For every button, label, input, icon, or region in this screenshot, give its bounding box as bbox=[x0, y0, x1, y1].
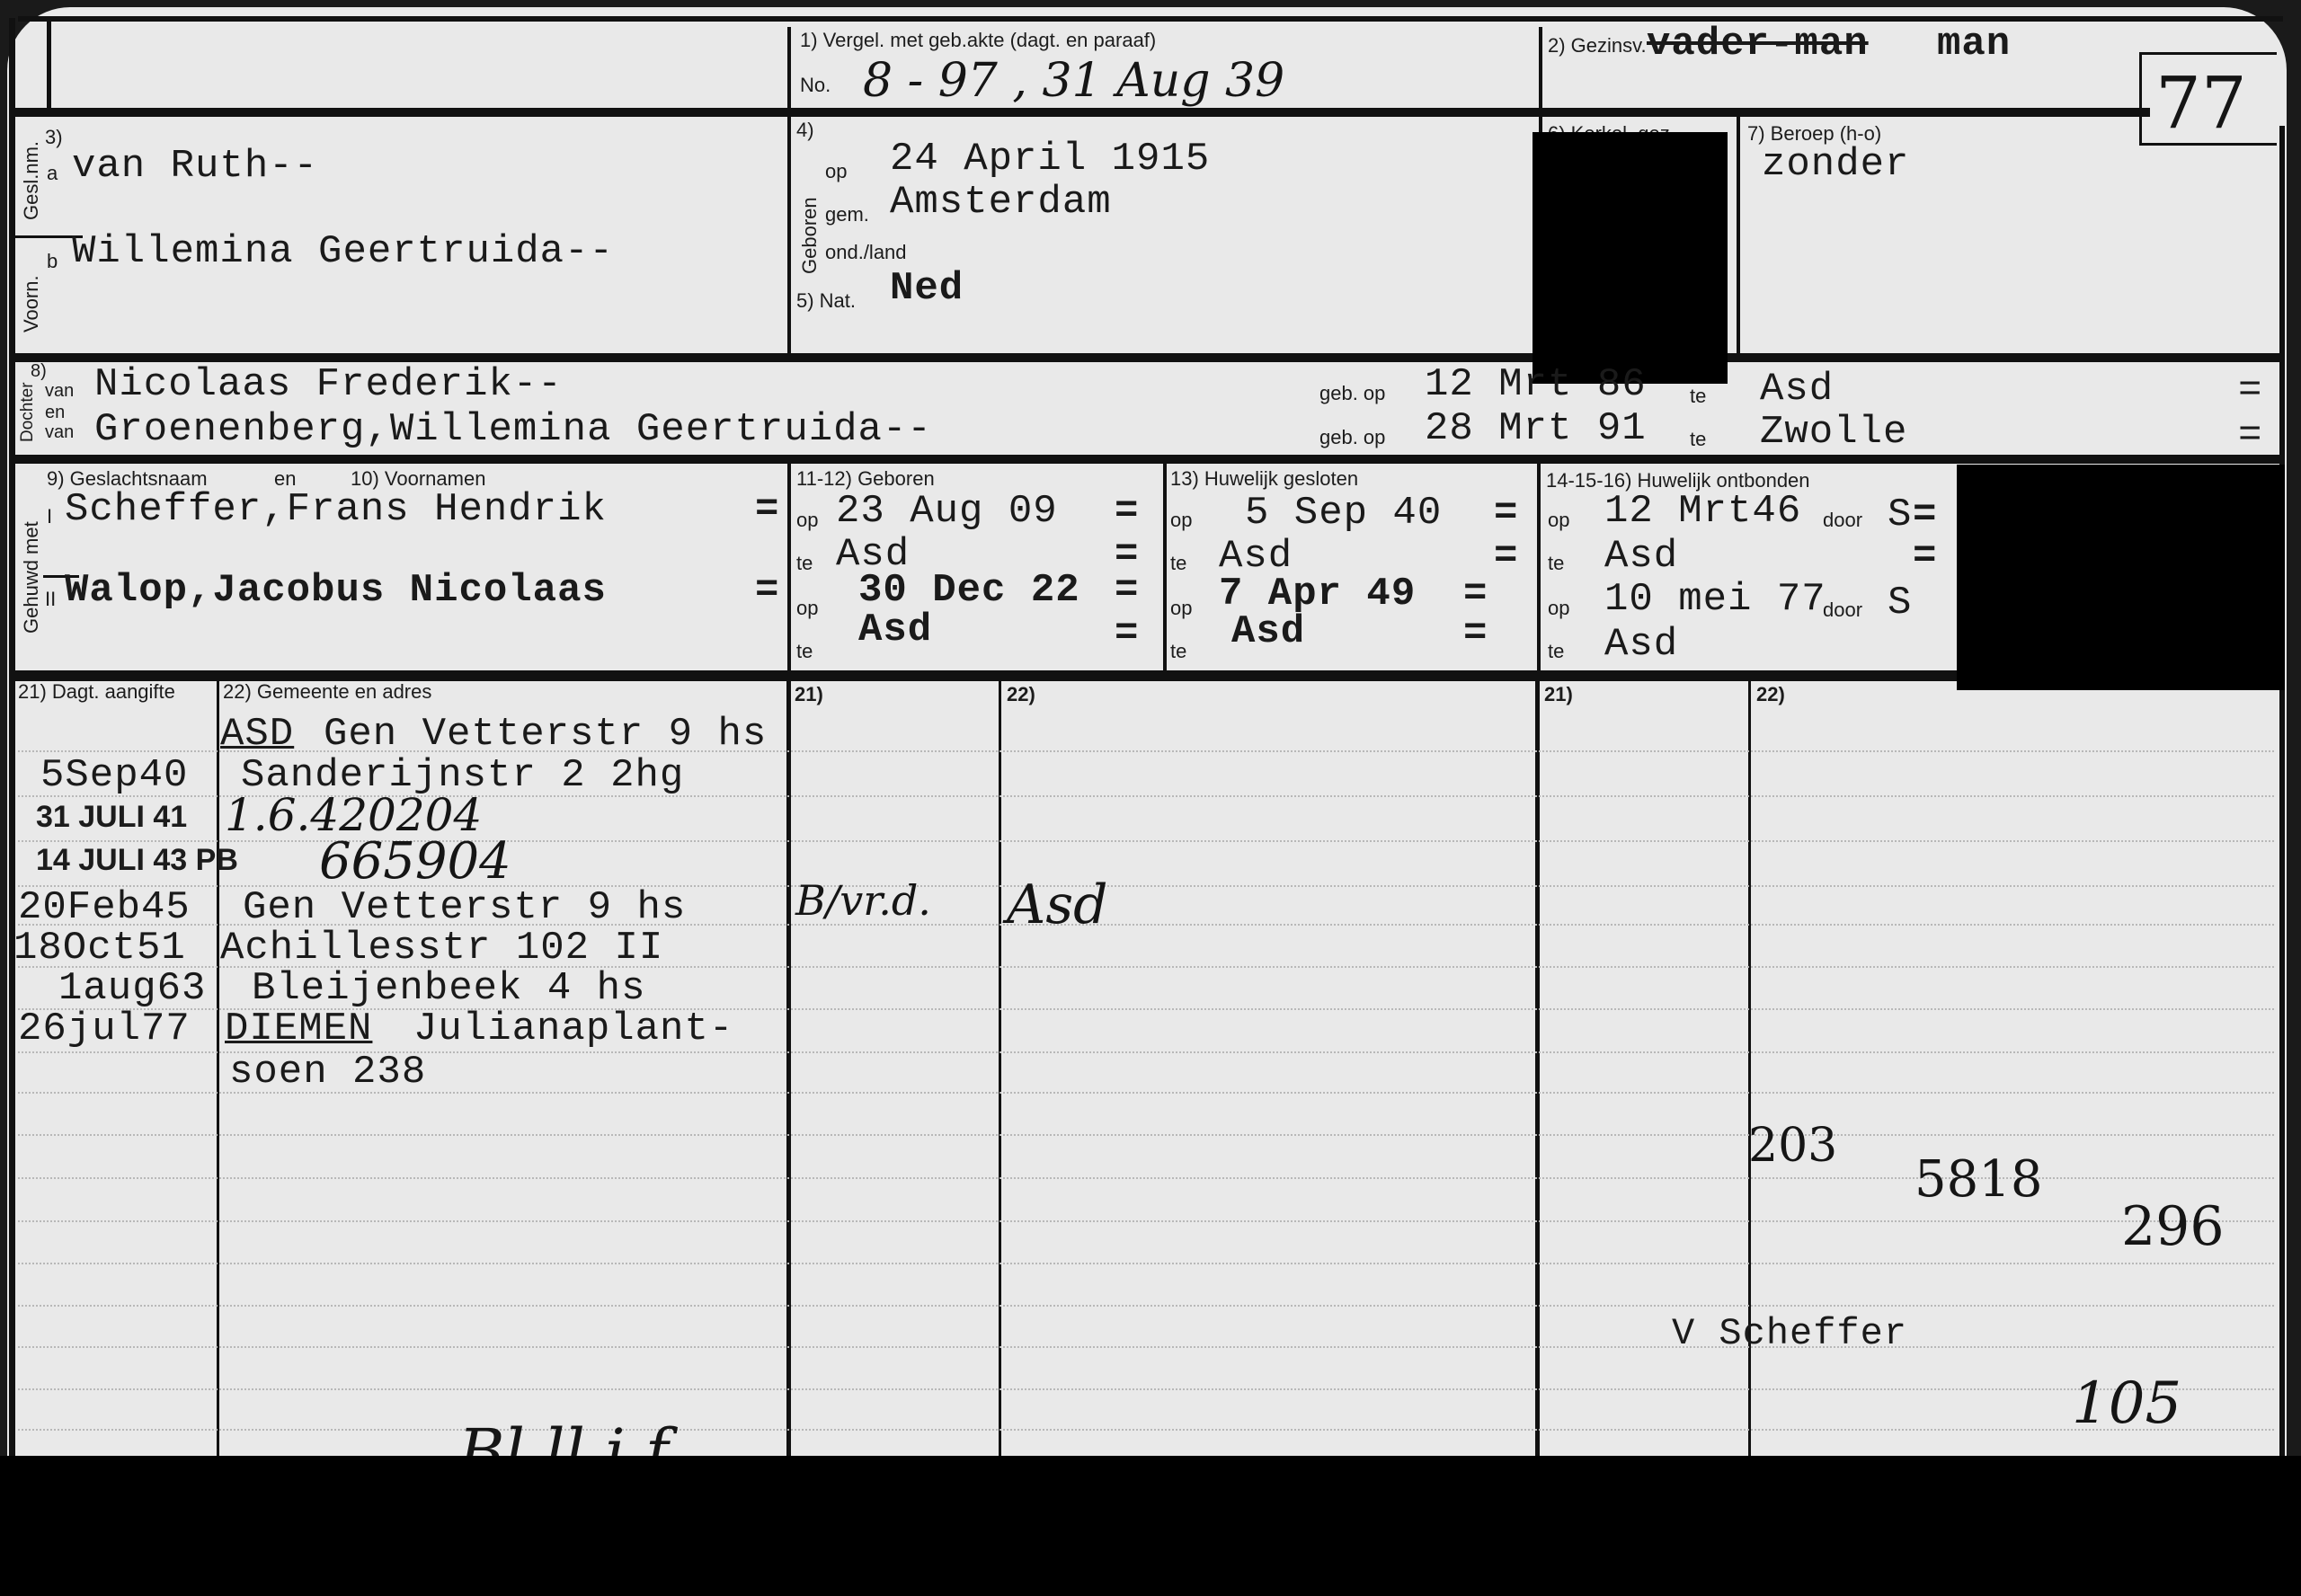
voorn-side-label: Voorn. bbox=[20, 275, 43, 332]
card-left-border bbox=[9, 18, 15, 1456]
rule-row2-bottom bbox=[11, 353, 2283, 362]
address-0-prefix: ASD bbox=[220, 712, 294, 757]
address-7-prefix: DIEMEN bbox=[225, 1006, 372, 1051]
spouse1-name: Scheffer,Frans Hendrik bbox=[65, 487, 607, 532]
date-6: 1aug63 bbox=[58, 966, 206, 1011]
father-birth-date: 12 Mrt 86 bbox=[1425, 362, 1647, 407]
address-0: Gen Vetterstr 9 hs bbox=[324, 712, 767, 757]
spouse1-birth-date: 23 Aug 09 bbox=[836, 489, 1058, 534]
b-marker: b bbox=[47, 250, 58, 273]
op-label: op bbox=[825, 160, 847, 183]
address-3-handwritten: 665904 bbox=[319, 832, 511, 891]
col21c-label: 21) bbox=[1544, 683, 1573, 706]
writing-line bbox=[18, 1388, 2274, 1390]
col21-label: 21) Dagt. aangifte bbox=[18, 680, 175, 704]
s2-birth-te-label: te bbox=[796, 640, 813, 663]
col22b-handwritten: Asd bbox=[1007, 873, 1108, 936]
spouse2-name-ditto: = bbox=[755, 568, 779, 613]
writing-line bbox=[18, 1220, 2274, 1222]
col22-label: 22) Gemeente en adres bbox=[223, 680, 431, 704]
father-geb-op-label: geb. op bbox=[1319, 382, 1385, 405]
note-number-5818: 5818 bbox=[1915, 1150, 2043, 1209]
s1-birth-te-label: te bbox=[796, 552, 813, 575]
rule-r1-col2 bbox=[787, 27, 791, 112]
gem-label: gem. bbox=[825, 203, 869, 226]
mother-name: Groenenberg,Willemina Geertruida-- bbox=[94, 407, 932, 452]
spouse2-birth-place: Asd bbox=[858, 607, 932, 652]
card-right-border bbox=[2279, 126, 2285, 1456]
mother-te-label: te bbox=[1690, 428, 1706, 451]
field3-label: 3) bbox=[45, 126, 63, 149]
a-marker: a bbox=[47, 162, 58, 185]
card-number: 77 bbox=[2155, 61, 2247, 145]
spouse2-dissolved-date: 10 mei 77 bbox=[1604, 577, 1826, 622]
van2-label: van bbox=[45, 422, 74, 443]
vergel-label: 1) Vergel. met geb.akte (dagt. en paraaf… bbox=[800, 29, 1156, 52]
col22c-label: 22) bbox=[1756, 683, 1785, 706]
spouse2-married-place: Asd bbox=[1231, 609, 1305, 654]
father-name: Nicolaas Frederik-- bbox=[94, 362, 563, 407]
note-number-296: 296 bbox=[2121, 1195, 2225, 1258]
spouse2-dissolved-place: Asd bbox=[1604, 622, 1678, 667]
dochter-side-label: Dochter bbox=[18, 382, 38, 442]
s2-birth-date-ditto: = bbox=[1115, 568, 1139, 613]
address-5: Achillesstr 102 II bbox=[220, 926, 663, 971]
father-birth-place: Asd bbox=[1760, 367, 1834, 412]
redaction-block-kerkel bbox=[1533, 132, 1728, 384]
en-label: en bbox=[45, 403, 65, 423]
col21b-label: 21) bbox=[795, 683, 823, 706]
rule-r4-col4 bbox=[1537, 463, 1541, 674]
writing-line bbox=[18, 1429, 2274, 1431]
rule-r2-col2 bbox=[787, 115, 791, 358]
spouse2-birth-date: 30 Dec 22 bbox=[858, 568, 1080, 613]
s1-birth-op-label: op bbox=[796, 509, 818, 532]
birth-date-value: 24 April 1915 bbox=[890, 137, 1210, 182]
rule-r1-left-cell bbox=[47, 20, 51, 110]
s1-dissolved-place-ditto: = bbox=[1913, 534, 1937, 579]
rule-r2-col4 bbox=[1737, 115, 1740, 358]
beroep-value: zonder bbox=[1762, 142, 1909, 187]
s1-dissolved-ditto: = bbox=[1913, 492, 1937, 537]
gezinsv-struck-value: vader-man bbox=[1647, 22, 1869, 66]
rule-r1-col3 bbox=[1539, 27, 1542, 112]
spouse1-dissolved-date: 12 Mrt46 bbox=[1604, 489, 1801, 534]
s2-birth-op-label: op bbox=[796, 597, 818, 620]
spouse1-name-ditto: = bbox=[755, 487, 779, 532]
address-6: Bleijenbeek 4 hs bbox=[252, 966, 645, 1011]
gezinsv-label: 2) Gezinsv. bbox=[1548, 34, 1647, 58]
s2-dissolved-op-label: op bbox=[1548, 597, 1569, 620]
f13-label: 13) Huwelijk gesloten bbox=[1170, 467, 1358, 491]
address-4: Gen Vetterstr 9 hs bbox=[243, 885, 686, 930]
rule-r4-col2 bbox=[787, 463, 791, 674]
s2-married-te-label: te bbox=[1170, 640, 1186, 663]
address-7: Julianaplant- bbox=[413, 1006, 733, 1051]
s1-married-te-label: te bbox=[1170, 552, 1186, 575]
s1-married-place-ditto: = bbox=[1494, 534, 1518, 579]
s1-dissolved-te-label: te bbox=[1548, 552, 1564, 575]
s1-married-date-ditto: = bbox=[1494, 491, 1518, 536]
date-3-stamp: 14 JULI 43 PB bbox=[36, 843, 238, 878]
col22b-label: 22) bbox=[1007, 683, 1035, 706]
father-ditto: = bbox=[2238, 368, 2262, 413]
spouse1-married-date: 5 Sep 40 bbox=[1245, 491, 1442, 536]
s2-married-op-label: op bbox=[1170, 597, 1192, 620]
father-te-label: te bbox=[1690, 385, 1706, 408]
date-1: 5Sep40 bbox=[40, 753, 188, 798]
vergel-number-handwritten: 8 - 97 , 31 Aug 39 bbox=[863, 54, 1284, 108]
date-4: 20Feb45 bbox=[18, 885, 191, 930]
surname-value: van Ruth-- bbox=[72, 144, 318, 189]
mother-birth-place: Zwolle bbox=[1760, 410, 1907, 455]
s1-dissolved-op-label: op bbox=[1548, 509, 1569, 532]
rule-r4-col3 bbox=[1163, 463, 1167, 674]
writing-line bbox=[18, 1305, 2274, 1307]
field4-label: 4) bbox=[796, 119, 814, 142]
s2-birth-place-ditto: = bbox=[1115, 611, 1139, 656]
mother-geb-op-label: geb. op bbox=[1319, 426, 1385, 449]
redaction-block-row4 bbox=[1957, 465, 2285, 690]
note-name: V Scheffer bbox=[1672, 1312, 1907, 1355]
firstnames-value: Willemina Geertruida-- bbox=[72, 229, 614, 274]
f1112-label: 11-12) Geboren bbox=[796, 467, 935, 491]
spouse2-name: Walop,Jacobus Nicolaas bbox=[65, 568, 607, 613]
address-8: soen 238 bbox=[229, 1050, 426, 1095]
gehuwd-side-label: Gehuwd met bbox=[20, 521, 43, 634]
gezinsv-value: man bbox=[1937, 22, 2011, 66]
spouse1-dissolved-by: S bbox=[1888, 492, 1912, 537]
mother-birth-date: 28 Mrt 91 bbox=[1425, 406, 1647, 451]
rule-row3-bottom bbox=[11, 455, 2283, 464]
rule-row1-bottom bbox=[11, 108, 2150, 117]
s1-married-op-label: op bbox=[1170, 509, 1192, 532]
s1-birth-date-ditto: = bbox=[1115, 489, 1139, 534]
s2-married-place-ditto: = bbox=[1463, 611, 1488, 656]
nat-label: 5) Nat. bbox=[796, 289, 856, 313]
field8-label: 8) bbox=[31, 361, 47, 382]
geboren-side-label: Geboren bbox=[798, 197, 822, 274]
birth-place-value: Amsterdam bbox=[890, 180, 1112, 225]
s1-door-label: door bbox=[1823, 509, 1862, 532]
nationality-value: Ned bbox=[890, 266, 964, 311]
date-7: 26jul77 bbox=[18, 1006, 191, 1051]
spouse2-dissolved-by: S bbox=[1888, 581, 1912, 625]
s2-married-date-ditto: = bbox=[1463, 572, 1488, 616]
date-5: 18Oct51 bbox=[13, 926, 186, 971]
geslnm-side-label: Gesl.nm. bbox=[20, 141, 43, 220]
s2-dissolved-te-label: te bbox=[1548, 640, 1564, 663]
spouse1-dissolved-place: Asd bbox=[1604, 534, 1678, 579]
writing-line bbox=[18, 1134, 2274, 1136]
spouse2-roman: II bbox=[45, 588, 56, 611]
writing-line bbox=[18, 1346, 2274, 1348]
ond-land-label: ond./land bbox=[825, 241, 907, 264]
van1-label: van bbox=[45, 381, 74, 402]
s2-door-label: door bbox=[1823, 598, 1862, 622]
mother-ditto: = bbox=[2238, 413, 2262, 458]
redaction-bar-bottom bbox=[0, 1456, 2301, 1596]
no-label: No. bbox=[800, 74, 831, 97]
note-number-105: 105 bbox=[2072, 1370, 2181, 1437]
spouse1-roman: I bbox=[47, 505, 52, 528]
date-2-stamp: 31 JULI 41 bbox=[36, 800, 187, 835]
writing-line bbox=[18, 1263, 2274, 1264]
col21b-handwritten: B/vr.d. bbox=[795, 876, 931, 925]
note-number-203: 203 bbox=[1748, 1119, 1837, 1173]
